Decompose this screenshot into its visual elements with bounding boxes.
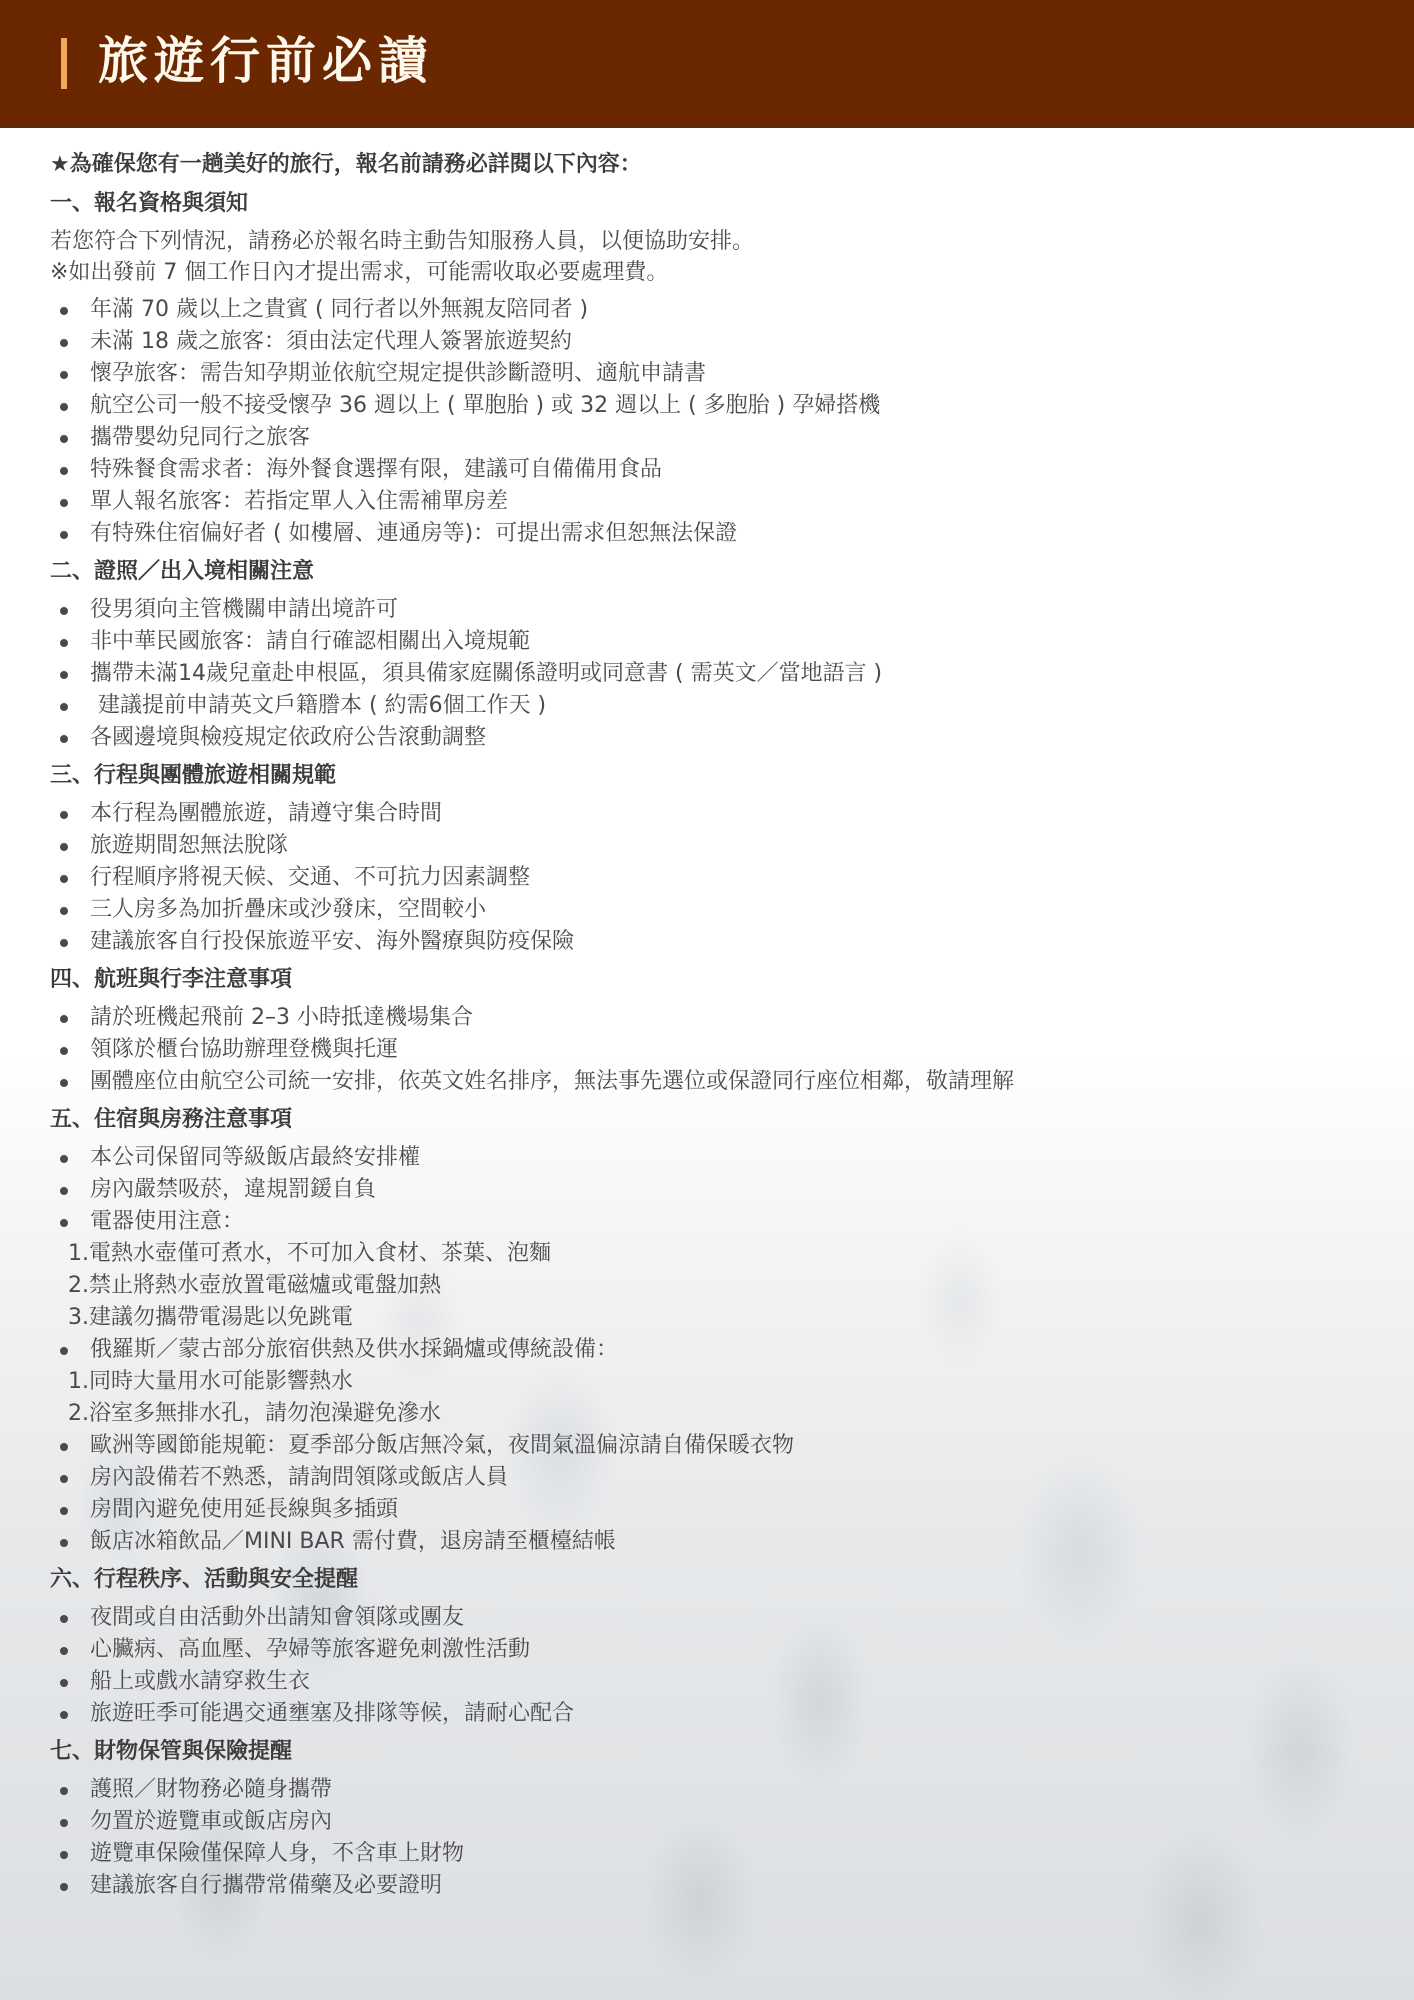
section-documents: 二、證照／出入境相關注意 役男須向主管機關申請出境許可 非中華民國旅客：請自行確…: [50, 554, 1370, 754]
bullet-list: 年滿 70 歲以上之貴賓 ( 同行者以外無親友陪同者 ) 未滿 18 歲之旅客：…: [50, 294, 1370, 550]
bullet-icon: [60, 467, 68, 475]
bullet-icon: [60, 1219, 68, 1227]
bullet-icon: [60, 1155, 68, 1163]
bullet-icon: [60, 1819, 68, 1827]
bullet-icon: [60, 1347, 68, 1355]
bullet-icon: [60, 703, 68, 711]
list-item: 船上或戲水請穿救生衣: [50, 1666, 1370, 1698]
bullet-icon: [60, 1187, 68, 1195]
notice-content: ★為確保您有一趟美好的旅行，報名前請務必詳閱以下內容： 一、報名資格與須知 若您…: [50, 146, 1370, 1906]
bullet-icon: [60, 843, 68, 851]
list-item: 遊覽車保險僅保障人身，不含車上財物: [50, 1838, 1370, 1870]
bullet-icon: [60, 1787, 68, 1795]
section-title: 二、證照／出入境相關注意: [50, 554, 1370, 590]
bullet-icon: [60, 1475, 68, 1483]
section-itinerary-rules: 三、行程與團體旅遊相關規範 本行程為團體旅遊，請遵守集合時間 旅遊期間恕無法脫隊…: [50, 758, 1370, 958]
list-item: 懷孕旅客：需告知孕期並依航空規定提供診斷證明、適航申請書: [50, 358, 1370, 390]
numbered-sub-item: 1.同時大量用水可能影響熱水: [50, 1366, 1370, 1398]
bullet-icon: [60, 907, 68, 915]
list-item: 建議提前申請英文戶籍謄本 ( 約需6個工作天 ): [50, 690, 1370, 722]
list-item: 夜間或自由活動外出請知會領隊或團友: [50, 1602, 1370, 1634]
section-accommodation: 五、住宿與房務注意事項 本公司保留同等級飯店最終安排權 房內嚴禁吸菸，違規罰鍰自…: [50, 1102, 1370, 1558]
bullet-icon: [60, 1079, 68, 1087]
section-paragraph: 若您符合下列情況，請務必於報名時主動告知服務人員，以便協助安排。 ※如出發前 7…: [50, 226, 1370, 288]
bullet-icon: [60, 1539, 68, 1547]
list-item: 領隊於櫃台協助辦理登機與托運: [50, 1034, 1370, 1066]
bullet-icon: [60, 939, 68, 947]
list-item: 攜帶未滿14歲兒童赴申根區，須具備家庭關係證明或同意書 ( 需英文／當地語言 ): [50, 658, 1370, 690]
numbered-sub-item: 2.浴室多無排水孔，請勿泡澡避免滲水: [50, 1398, 1370, 1430]
section-flight-luggage: 四、航班與行李注意事項 請於班機起飛前 2–3 小時抵達機場集合 領隊於櫃台協助…: [50, 962, 1370, 1098]
list-item: 團體座位由航空公司統一安排，依英文姓名排序，無法事先選位或保證同行座位相鄰，敬請…: [50, 1066, 1370, 1098]
bullet-icon: [60, 435, 68, 443]
list-item: 心臟病、高血壓、孕婦等旅客避免刺激性活動: [50, 1634, 1370, 1666]
bullet-icon: [60, 639, 68, 647]
section-registration: 一、報名資格與須知 若您符合下列情況，請務必於報名時主動告知服務人員，以便協助安…: [50, 186, 1370, 550]
list-item: 請於班機起飛前 2–3 小時抵達機場集合: [50, 1002, 1370, 1034]
bullet-icon: [60, 339, 68, 347]
list-item: 特殊餐食需求者：海外餐食選擇有限，建議可自備備用食品: [50, 454, 1370, 486]
section-title: 六、行程秩序、活動與安全提醒: [50, 1562, 1370, 1598]
bullet-icon: [60, 1883, 68, 1891]
bullet-icon: [60, 735, 68, 743]
list-item: 電器使用注意：: [50, 1206, 1370, 1238]
paragraph-line: ※如出發前 7 個工作日內才提出需求，可能需收取必要處理費。: [50, 257, 1370, 288]
bullet-icon: [60, 1711, 68, 1719]
section-title: 七、財物保管與保險提醒: [50, 1734, 1370, 1770]
list-item: 旅遊期間恕無法脫隊: [50, 830, 1370, 862]
list-item: 房內嚴禁吸菸，違規罰鍰自負: [50, 1174, 1370, 1206]
numbered-sub-item: 1.電熱水壺僅可煮水，不可加入食材、茶葉、泡麵: [50, 1238, 1370, 1270]
page-title: 旅遊行前必讀: [98, 26, 434, 96]
bullet-icon: [60, 811, 68, 819]
list-item: 勿置於遊覽車或飯店房內: [50, 1806, 1370, 1838]
bullet-list: 請於班機起飛前 2–3 小時抵達機場集合 領隊於櫃台協助辦理登機與托運 團體座位…: [50, 1002, 1370, 1098]
section-title: 一、報名資格與須知: [50, 186, 1370, 222]
bullet-icon: [60, 1443, 68, 1451]
bullet-icon: [60, 1507, 68, 1515]
bullet-list: 本公司保留同等級飯店最終安排權 房內嚴禁吸菸，違規罰鍰自負 電器使用注意： 1.…: [50, 1142, 1370, 1558]
bullet-icon: [60, 307, 68, 315]
list-item: 三人房多為加折疊床或沙發床，空間較小: [50, 894, 1370, 926]
bullet-list: 本行程為團體旅遊，請遵守集合時間 旅遊期間恕無法脫隊 行程順序將視天候、交通、不…: [50, 798, 1370, 958]
list-item: 房間內避免使用延長線與多插頭: [50, 1494, 1370, 1526]
bullet-icon: [60, 1047, 68, 1055]
intro-text: ★為確保您有一趟美好的旅行，報名前請務必詳閱以下內容：: [50, 146, 1370, 184]
list-item: 行程順序將視天候、交通、不可抗力因素調整: [50, 862, 1370, 894]
page-header: 旅遊行前必讀: [0, 0, 1414, 128]
bullet-icon: [60, 1679, 68, 1687]
list-item: 單人報名旅客：若指定單人入住需補單房差: [50, 486, 1370, 518]
bullet-icon: [60, 403, 68, 411]
list-item: 攜帶嬰幼兒同行之旅客: [50, 422, 1370, 454]
bullet-icon: [60, 671, 68, 679]
bullet-icon: [60, 607, 68, 615]
numbered-sub-item: 2.禁止將熱水壺放置電磁爐或電盤加熱: [50, 1270, 1370, 1302]
bullet-icon: [60, 371, 68, 379]
list-item: 非中華民國旅客：請自行確認相關出入境規範: [50, 626, 1370, 658]
list-item: 建議旅客自行攜帶常備藥及必要證明: [50, 1870, 1370, 1902]
section-title: 三、行程與團體旅遊相關規範: [50, 758, 1370, 794]
list-item: 旅遊旺季可能遇交通壅塞及排隊等候，請耐心配合: [50, 1698, 1370, 1730]
list-item: 未滿 18 歲之旅客：須由法定代理人簽署旅遊契約: [50, 326, 1370, 358]
list-item: 俄羅斯／蒙古部分旅宿供熱及供水採鍋爐或傳統設備：: [50, 1334, 1370, 1366]
bullet-icon: [60, 1615, 68, 1623]
list-item: 歐洲等國節能規範：夏季部分飯店無冷氣，夜間氣溫偏涼請自備保暖衣物: [50, 1430, 1370, 1462]
paragraph-line: 若您符合下列情況，請務必於報名時主動告知服務人員，以便協助安排。: [50, 226, 1370, 257]
title-accent-bar: [61, 38, 67, 89]
bullet-icon: [60, 531, 68, 539]
list-item: 年滿 70 歲以上之貴賓 ( 同行者以外無親友陪同者 ): [50, 294, 1370, 326]
numbered-sub-item: 3.建議勿攜帶電湯匙以免跳電: [50, 1302, 1370, 1334]
bullet-icon: [60, 1015, 68, 1023]
list-item: 本行程為團體旅遊，請遵守集合時間: [50, 798, 1370, 830]
list-item: 役男須向主管機關申請出境許可: [50, 594, 1370, 626]
list-item: 房內設備若不熟悉，請詢問領隊或飯店人員: [50, 1462, 1370, 1494]
section-title: 五、住宿與房務注意事項: [50, 1102, 1370, 1138]
list-item: 航空公司一般不接受懷孕 36 週以上 ( 單胞胎 ) 或 32 週以上 ( 多胞…: [50, 390, 1370, 422]
section-valuables-insurance: 七、財物保管與保險提醒 護照／財物務必隨身攜帶 勿置於遊覽車或飯店房內 遊覽車保…: [50, 1734, 1370, 1902]
section-title: 四、航班與行李注意事項: [50, 962, 1370, 998]
bullet-list: 夜間或自由活動外出請知會領隊或團友 心臟病、高血壓、孕婦等旅客避免刺激性活動 船…: [50, 1602, 1370, 1730]
bullet-icon: [60, 875, 68, 883]
bullet-list: 役男須向主管機關申請出境許可 非中華民國旅客：請自行確認相關出入境規範 攜帶未滿…: [50, 594, 1370, 754]
bullet-icon: [60, 1851, 68, 1859]
list-item: 各國邊境與檢疫規定依政府公告滾動調整: [50, 722, 1370, 754]
list-item: 有特殊住宿偏好者 ( 如樓層、連通房等)：可提出需求但恕無法保證: [50, 518, 1370, 550]
section-safety: 六、行程秩序、活動與安全提醒 夜間或自由活動外出請知會領隊或團友 心臟病、高血壓…: [50, 1562, 1370, 1730]
list-item: 建議旅客自行投保旅遊平安、海外醫療與防疫保險: [50, 926, 1370, 958]
bullet-icon: [60, 499, 68, 507]
list-item: 護照／財物務必隨身攜帶: [50, 1774, 1370, 1806]
list-item: 飯店冰箱飲品／MINI BAR 需付費，退房請至櫃檯結帳: [50, 1526, 1370, 1558]
list-item: 本公司保留同等級飯店最終安排權: [50, 1142, 1370, 1174]
bullet-icon: [60, 1647, 68, 1655]
bullet-list: 護照／財物務必隨身攜帶 勿置於遊覽車或飯店房內 遊覽車保險僅保障人身，不含車上財…: [50, 1774, 1370, 1902]
